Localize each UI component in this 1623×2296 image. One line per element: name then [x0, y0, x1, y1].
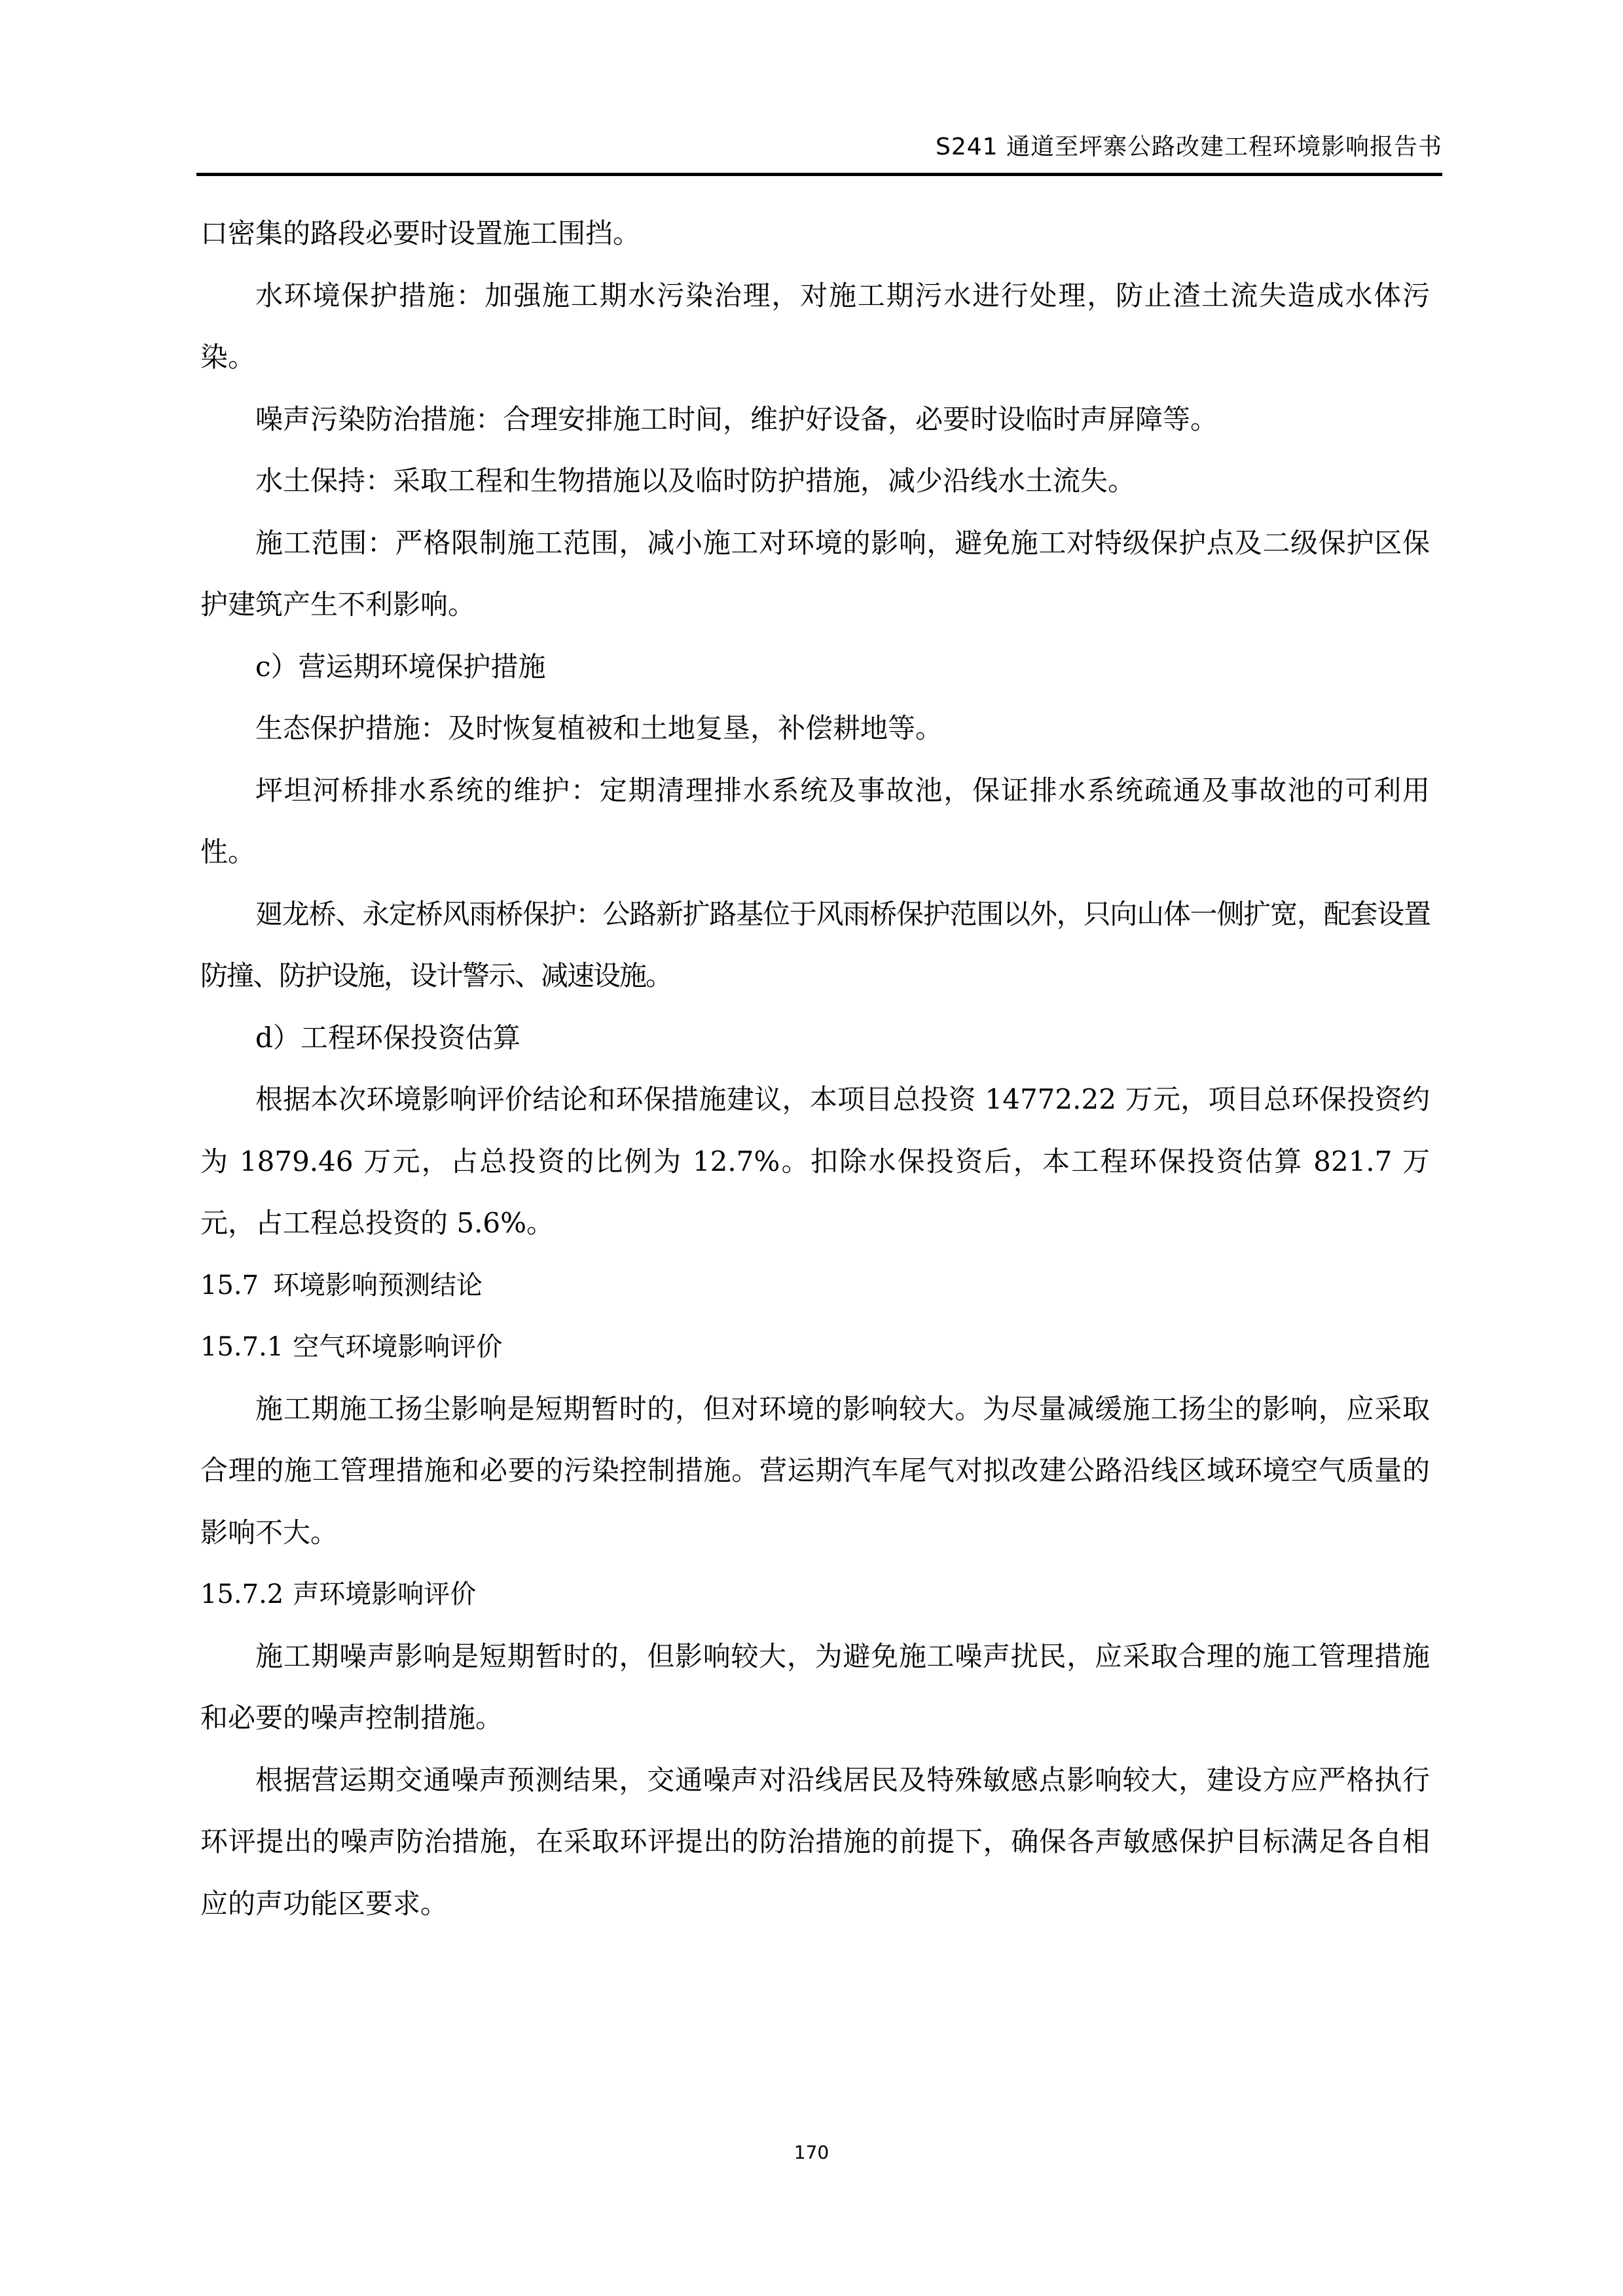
paragraph-construction-noise: 施工期噪声影响是短期暂时的，但影响较大，为避免施工噪声扰民，应采取合理的施工管理…	[200, 1626, 1430, 1749]
list-heading-c: c）营运期环境保护措施	[200, 636, 1430, 698]
paragraph-continuation: 口密集的路段必要时设置施工围挡。	[200, 203, 1430, 265]
subsection-number: 15.7.1	[200, 1332, 283, 1362]
section-title: 环境影响预测结论	[273, 1270, 483, 1300]
subsection-title: 空气环境影响评价	[293, 1332, 502, 1362]
paragraph-traffic-noise: 根据营运期交通噪声预测结果，交通噪声对沿线居民及特殊敏感点影响较大，建设方应严格…	[200, 1749, 1430, 1935]
paragraph-construction-scope: 施工范围：严格限制施工范围，减小施工对环境的影响，避免施工对特级保护点及二级保护…	[200, 512, 1430, 636]
paragraph-noise-prevention: 噪声污染防治措施：合理安排施工时间，维护好设备，必要时设临时声屏障等。	[200, 389, 1430, 451]
paragraph-soil-conservation: 水土保持：采取工程和生物措施以及临时防护措施，减少沿线水土流失。	[200, 450, 1430, 512]
subsection-heading-air: 15.7.1空气环境影响评价	[200, 1316, 1430, 1378]
list-heading-d: d）工程环保投资估算	[200, 1007, 1430, 1069]
page-body: 口密集的路段必要时设置施工围挡。 水环境保护措施：加强施工期水污染治理，对施工期…	[200, 203, 1430, 1935]
section-number: 15.7	[200, 1270, 259, 1300]
section-heading: 15.7环境影响预测结论	[200, 1255, 1430, 1317]
subsection-number: 15.7.2	[200, 1579, 283, 1609]
subsection-title: 声环境影响评价	[293, 1579, 476, 1609]
paragraph-drainage-maintenance: 坪坦河桥排水系统的维护：定期清理排水系统及事故池，保证排水系统疏通及事故池的可利…	[200, 760, 1430, 884]
header-divider	[196, 173, 1442, 176]
document-title: S241 通道至坪寨公路改建工程环境影响报告书	[936, 131, 1442, 164]
page-header: S241 通道至坪寨公路改建工程环境影响报告书	[196, 105, 1442, 177]
page-number: 170	[0, 2142, 1623, 2163]
paragraph-air-impact: 施工期施工扬尘影响是短期暂时的，但对环境的影响较大。为尽量减缓施工扬尘的影响，应…	[200, 1378, 1430, 1564]
paragraph-water-protection: 水环境保护措施：加强施工期水污染治理，对施工期污水进行处理，防止渣土流失造成水体…	[200, 265, 1430, 389]
paragraph-bridge-protection: 廻龙桥、永定桥风雨桥保护：公路新扩路基位于风雨桥保护范围以外，只向山体一侧扩宽，…	[200, 884, 1430, 1007]
subsection-heading-noise: 15.7.2声环境影响评价	[200, 1564, 1430, 1626]
paragraph-ecology-protection: 生态保护措施：及时恢复植被和土地复垦，补偿耕地等。	[200, 698, 1430, 760]
paragraph-investment-estimate: 根据本次环境影响评价结论和环保措施建议，本项目总投资 14772.22 万元，项…	[200, 1069, 1430, 1255]
